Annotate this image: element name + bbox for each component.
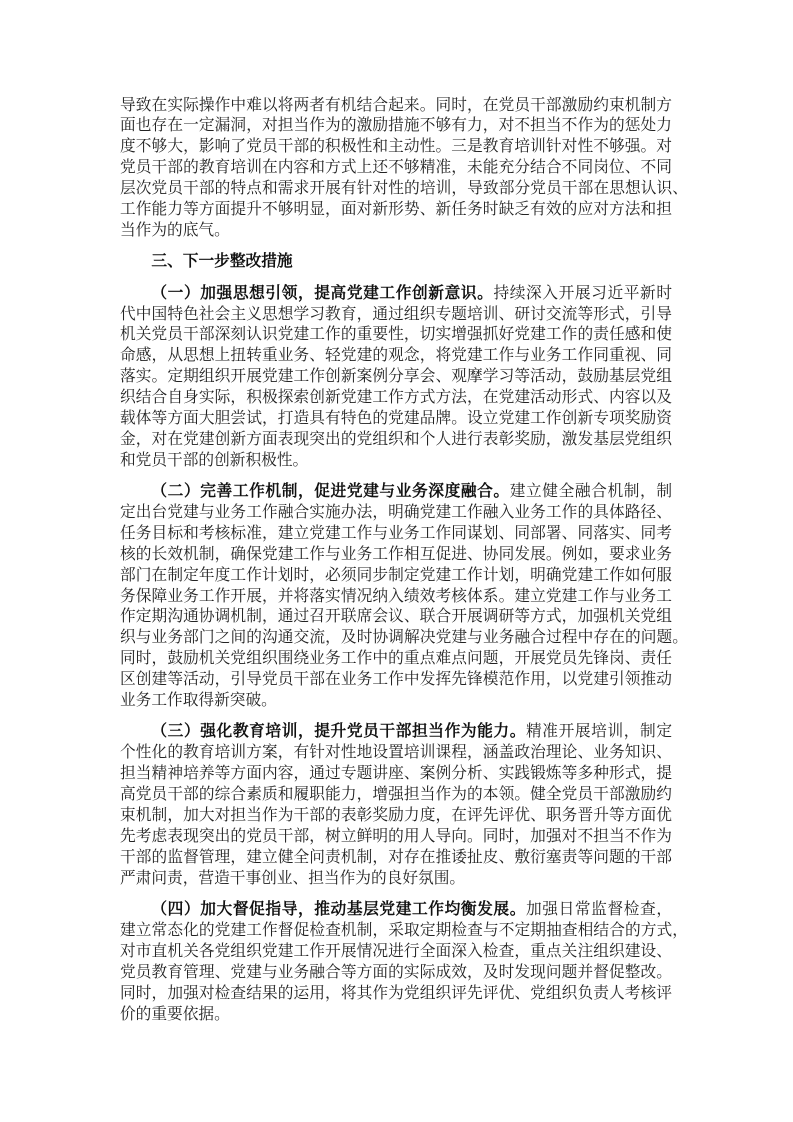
text-line: 束机制，加大对担当作为干部的表彰奖励力度，在评先评优、职务晋升等方面优 <box>120 805 672 826</box>
text-line: 干部的监督管理，建立健全问责机制，对存在推诿扯皮、敷衍塞责等问题的干部 <box>120 847 672 868</box>
section-heading-block: 三、下一步整改措施 <box>120 251 672 272</box>
text-line: 度不够大，影响了党员干部的积极性和主动性。三是教育培训针对性不够强。对 <box>120 136 672 157</box>
text-line: 严肃问责，营造干事创业、担当作为的良好氛围。 <box>120 868 672 889</box>
measure-3: （三）强化教育培训，提升党员干部担当作为能力。精准开展培训，制定 个性化的教育培… <box>120 721 672 888</box>
text-line: 作定期沟通协调机制，通过召开联席会议、联合开展调研等方式，加强机关党组 <box>120 606 672 627</box>
text-line: 同时，加强对检查结果的运用，将其作为党组织评先评优、党组织负责人考核评 <box>120 983 672 1004</box>
text-run: 精准开展培训，制定 <box>526 721 672 740</box>
text-line: 核的长效机制，确保党建工作与业务工作相互促进、协同发展。例如，要求业务 <box>120 544 672 565</box>
text-line: 导致在实际操作中难以将两者有机结合起来。同时，在党员干部激励约束机制方 <box>120 95 672 116</box>
text-line: （四）加大督促指导，推动基层党建工作均衡发展。加强日常监督检查， <box>120 899 672 920</box>
text-run: 建立健全融合机制，制 <box>510 481 672 500</box>
text-line: （一）加强思想引领，提高党建工作创新意识。持续深入开展习近平新时 <box>120 283 672 304</box>
paragraph-continued: 导致在实际操作中难以将两者有机结合起来。同时，在党员干部激励约束机制方 面也存在… <box>120 95 672 241</box>
document-body: 导致在实际操作中难以将两者有机结合起来。同时，在党员干部激励约束机制方 面也存在… <box>120 95 672 1025</box>
text-line: 部门在制定年度工作计划时，必须同步制定党建工作计划，明确党建工作如何服 <box>120 565 672 586</box>
text-run: 持续深入开展习近平新时 <box>493 283 672 302</box>
text-line: （二）完善工作机制，促进党建与业务深度融合。建立健全融合机制，制 <box>120 481 672 502</box>
text-line: 落实。定期组织开展党建工作创新案例分享会、观摩学习等活动，鼓励基层党组 <box>120 366 672 387</box>
text-line: 价的重要依据。 <box>120 1004 672 1025</box>
text-line: 区创建等活动，引导党员干部在业务工作中发挥先锋模范作用，以党建引领推动 <box>120 669 672 690</box>
text-line: 任务目标和考核标准，建立党建工作与业务工作同谋划、同部署、同落实、同考 <box>120 523 672 544</box>
text-line: 业务工作取得新突破。 <box>120 690 672 711</box>
text-line: 务保障业务工作开展，并将落实情况纳入绩效考核体系。建立党建工作与业务工 <box>120 586 672 607</box>
measure-title: （一）加强思想引领，提高党建工作创新意识。 <box>151 283 493 302</box>
text-line: 同时，鼓励机关党组织围绕业务工作中的重点难点问题，开展党员先锋岗、责任 <box>120 648 672 669</box>
measure-title: （二）完善工作机制，促进党建与业务深度融合。 <box>151 481 509 500</box>
measure-1: （一）加强思想引领，提高党建工作创新意识。持续深入开展习近平新时 代中国特色社会… <box>120 283 672 471</box>
text-line: 织与业务部门之间的沟通交流，及时协调解决党建与业务融合过程中存在的问题。 <box>120 627 688 648</box>
text-line: 和党员干部的创新积极性。 <box>120 450 672 471</box>
document-page: 导致在实际操作中难以将两者有机结合起来。同时，在党员干部激励约束机制方 面也存在… <box>0 0 793 1122</box>
text-line: 层次党员干部的特点和需求开展有针对性的培训，导致部分党员干部在思想认识、 <box>120 178 688 199</box>
text-line: 载体等方面大胆尝试，打造具有特色的党建品牌。设立党建工作创新专项奖励资 <box>120 408 672 429</box>
measure-2: （二）完善工作机制，促进党建与业务深度融合。建立健全融合机制，制 定出台党建与业… <box>120 481 672 711</box>
section-heading: 三、下一步整改措施 <box>120 251 672 272</box>
text-line: 担当精神培养等方面内容，通过专题讲座、案例分析、实践锻炼等多种形式，提 <box>120 763 672 784</box>
text-line: 定出台党建与业务工作融合实施办法，明确党建工作融入业务工作的具体路径、 <box>120 502 672 523</box>
measure-4: （四）加大督促指导，推动基层党建工作均衡发展。加强日常监督检查， 建立常态化的党… <box>120 899 672 1024</box>
text-line: 对市直机关各党组织党建工作开展情况进行全面深入检查，重点关注组织建设、 <box>120 941 672 962</box>
text-line: 工作能力等方面提升不够明显，面对新形势、新任务时缺乏有效的应对方法和担 <box>120 199 672 220</box>
text-line: 当作为的底气。 <box>120 220 672 241</box>
text-line: 金，对在党建创新方面表现突出的党组织和个人进行表彰奖励，激发基层党组织 <box>120 429 672 450</box>
text-line: 命感，从思想上扭转重业务、轻党建的观念，将党建工作与业务工作同重视、同 <box>120 345 672 366</box>
measure-title: （三）强化教育培训，提升党员干部担当作为能力。 <box>151 721 526 740</box>
text-line: 高党员干部的综合素质和履职能力，增强担当作为的本领。健全党员干部激励约 <box>120 784 672 805</box>
text-line: 代中国特色社会主义思想学习教育，通过组织专题培训、研讨交流等形式，引导 <box>120 304 672 325</box>
text-line: 机关党员干部深刻认识党建工作的重要性，切实增强抓好党建工作的责任感和使 <box>120 324 672 345</box>
text-line: 先考虑表现突出的党员干部，树立鲜明的用人导向。同时，加强对不担当不作为 <box>120 826 672 847</box>
measure-title: （四）加大督促指导，推动基层党建工作均衡发展。 <box>151 899 526 918</box>
text-line: 面也存在一定漏洞，对担当作为的激励措施不够有力，对不担当不作为的惩处力 <box>120 115 672 136</box>
text-line: 党员教育管理、党建与业务融合等方面的实际成效，及时发现问题并督促整改。 <box>120 962 672 983</box>
text-line: 党员干部的教育培训在内容和方式上还不够精准，未能充分结合不同岗位、不同 <box>120 157 672 178</box>
text-line: 个性化的教育培训方案，有针对性地设置培训课程，涵盖政治理论、业务知识、 <box>120 742 672 763</box>
text-run: 加强日常监督检查， <box>526 899 672 918</box>
text-line: （三）强化教育培训，提升党员干部担当作为能力。精准开展培训，制定 <box>120 721 672 742</box>
text-line: 建立常态化的党建工作督促检查机制，采取定期检查与不定期抽查相结合的方式， <box>120 920 688 941</box>
text-line: 织结合自身实际，积极探索创新党建工作方式方法，在党建活动形式、内容以及 <box>120 387 672 408</box>
